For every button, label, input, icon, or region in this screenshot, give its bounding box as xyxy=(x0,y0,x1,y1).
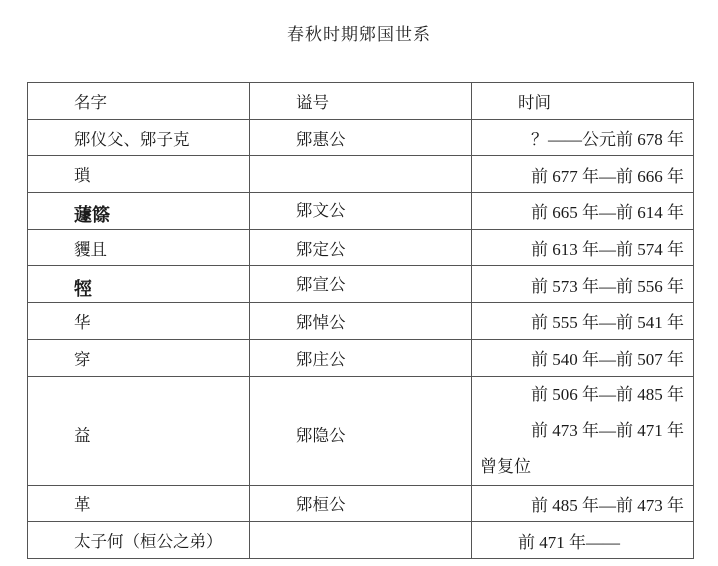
cell-period: 前 506 年—前 485 年 前 473 年—前 471 年 曾复位 xyxy=(472,376,694,485)
table-row: 革 郳桓公 前 485 年—前 473 年 xyxy=(28,485,694,522)
cell-posthumous: 郳庄公 xyxy=(250,339,472,376)
table-row: 郳仪父、郳子克 郳惠公 ？——公元前 678 年 xyxy=(28,119,694,156)
cell-name-text: 牼 xyxy=(74,279,92,300)
cell-name: 益 xyxy=(28,376,250,485)
cell-period: 前 573 年—前 556 年 xyxy=(472,266,694,303)
cell-period-note: 曾复位 xyxy=(472,449,684,485)
table-row: 太子何（桓公之弟） 前 471 年—— xyxy=(28,522,694,559)
header-period: 时间 xyxy=(472,83,694,120)
table-row: 益 郳隐公 前 506 年—前 485 年 前 473 年—前 471 年 曾复… xyxy=(28,376,694,485)
header-posthumous: 谥号 xyxy=(250,83,472,120)
cell-period: 前 677 年—前 666 年 xyxy=(472,156,694,193)
cell-period: 前 613 年—前 574 年 xyxy=(472,229,694,266)
cell-posthumous: 郳定公 xyxy=(250,229,472,266)
cell-name: 穿 xyxy=(28,339,250,376)
cell-period: 前 555 年—前 541 年 xyxy=(472,303,694,340)
table-row: 华 郳悼公 前 555 年—前 541 年 xyxy=(28,303,694,340)
cell-period: 前 665 年—前 614 年 xyxy=(472,193,694,230)
header-name: 名字 xyxy=(28,83,250,120)
table-header-row: 名字 谥号 时间 xyxy=(28,83,694,120)
cell-name: 革 xyxy=(28,485,250,522)
document-title: 春秋时期郳国世系 xyxy=(0,20,718,45)
cell-posthumous xyxy=(250,156,472,193)
cell-period-line1: 前 506 年—前 485 年 xyxy=(472,377,684,413)
cell-period: 前 471 年—— xyxy=(472,522,694,559)
table-row: 蘧篨 郳文公 前 665 年—前 614 年 xyxy=(28,193,694,230)
cell-period: 前 485 年—前 473 年 xyxy=(472,485,694,522)
table-row: 貜且 郳定公 前 613 年—前 574 年 xyxy=(28,229,694,266)
cell-name: 瑣 xyxy=(28,156,250,193)
table-row: 穿 郳庄公 前 540 年—前 507 年 xyxy=(28,339,694,376)
cell-name: 华 xyxy=(28,303,250,340)
lineage-table: 名字 谥号 时间 郳仪父、郳子克 郳惠公 ？——公元前 678 年 瑣 前 67… xyxy=(27,82,694,559)
cell-name: 郳仪父、郳子克 xyxy=(28,119,250,156)
cell-posthumous xyxy=(250,522,472,559)
cell-posthumous: 郳惠公 xyxy=(250,119,472,156)
table-row: 牼 郳宣公 前 573 年—前 556 年 xyxy=(28,266,694,303)
cell-posthumous: 郳文公 xyxy=(250,193,472,230)
cell-name: 太子何（桓公之弟） xyxy=(28,522,250,559)
cell-posthumous: 郳宣公 xyxy=(250,266,472,303)
cell-name: 牼 xyxy=(28,266,250,303)
cell-posthumous: 郳桓公 xyxy=(250,485,472,522)
table-row: 瑣 前 677 年—前 666 年 xyxy=(28,156,694,193)
cell-name: 蘧篨 xyxy=(28,193,250,230)
cell-posthumous: 郳隐公 xyxy=(250,376,472,485)
cell-name-text: 蘧篨 xyxy=(74,205,110,226)
cell-period: ？——公元前 678 年 xyxy=(472,119,694,156)
cell-name: 貜且 xyxy=(28,229,250,266)
cell-period: 前 540 年—前 507 年 xyxy=(472,339,694,376)
cell-posthumous: 郳悼公 xyxy=(250,303,472,340)
cell-period-line2: 前 473 年—前 471 年 xyxy=(472,413,684,449)
